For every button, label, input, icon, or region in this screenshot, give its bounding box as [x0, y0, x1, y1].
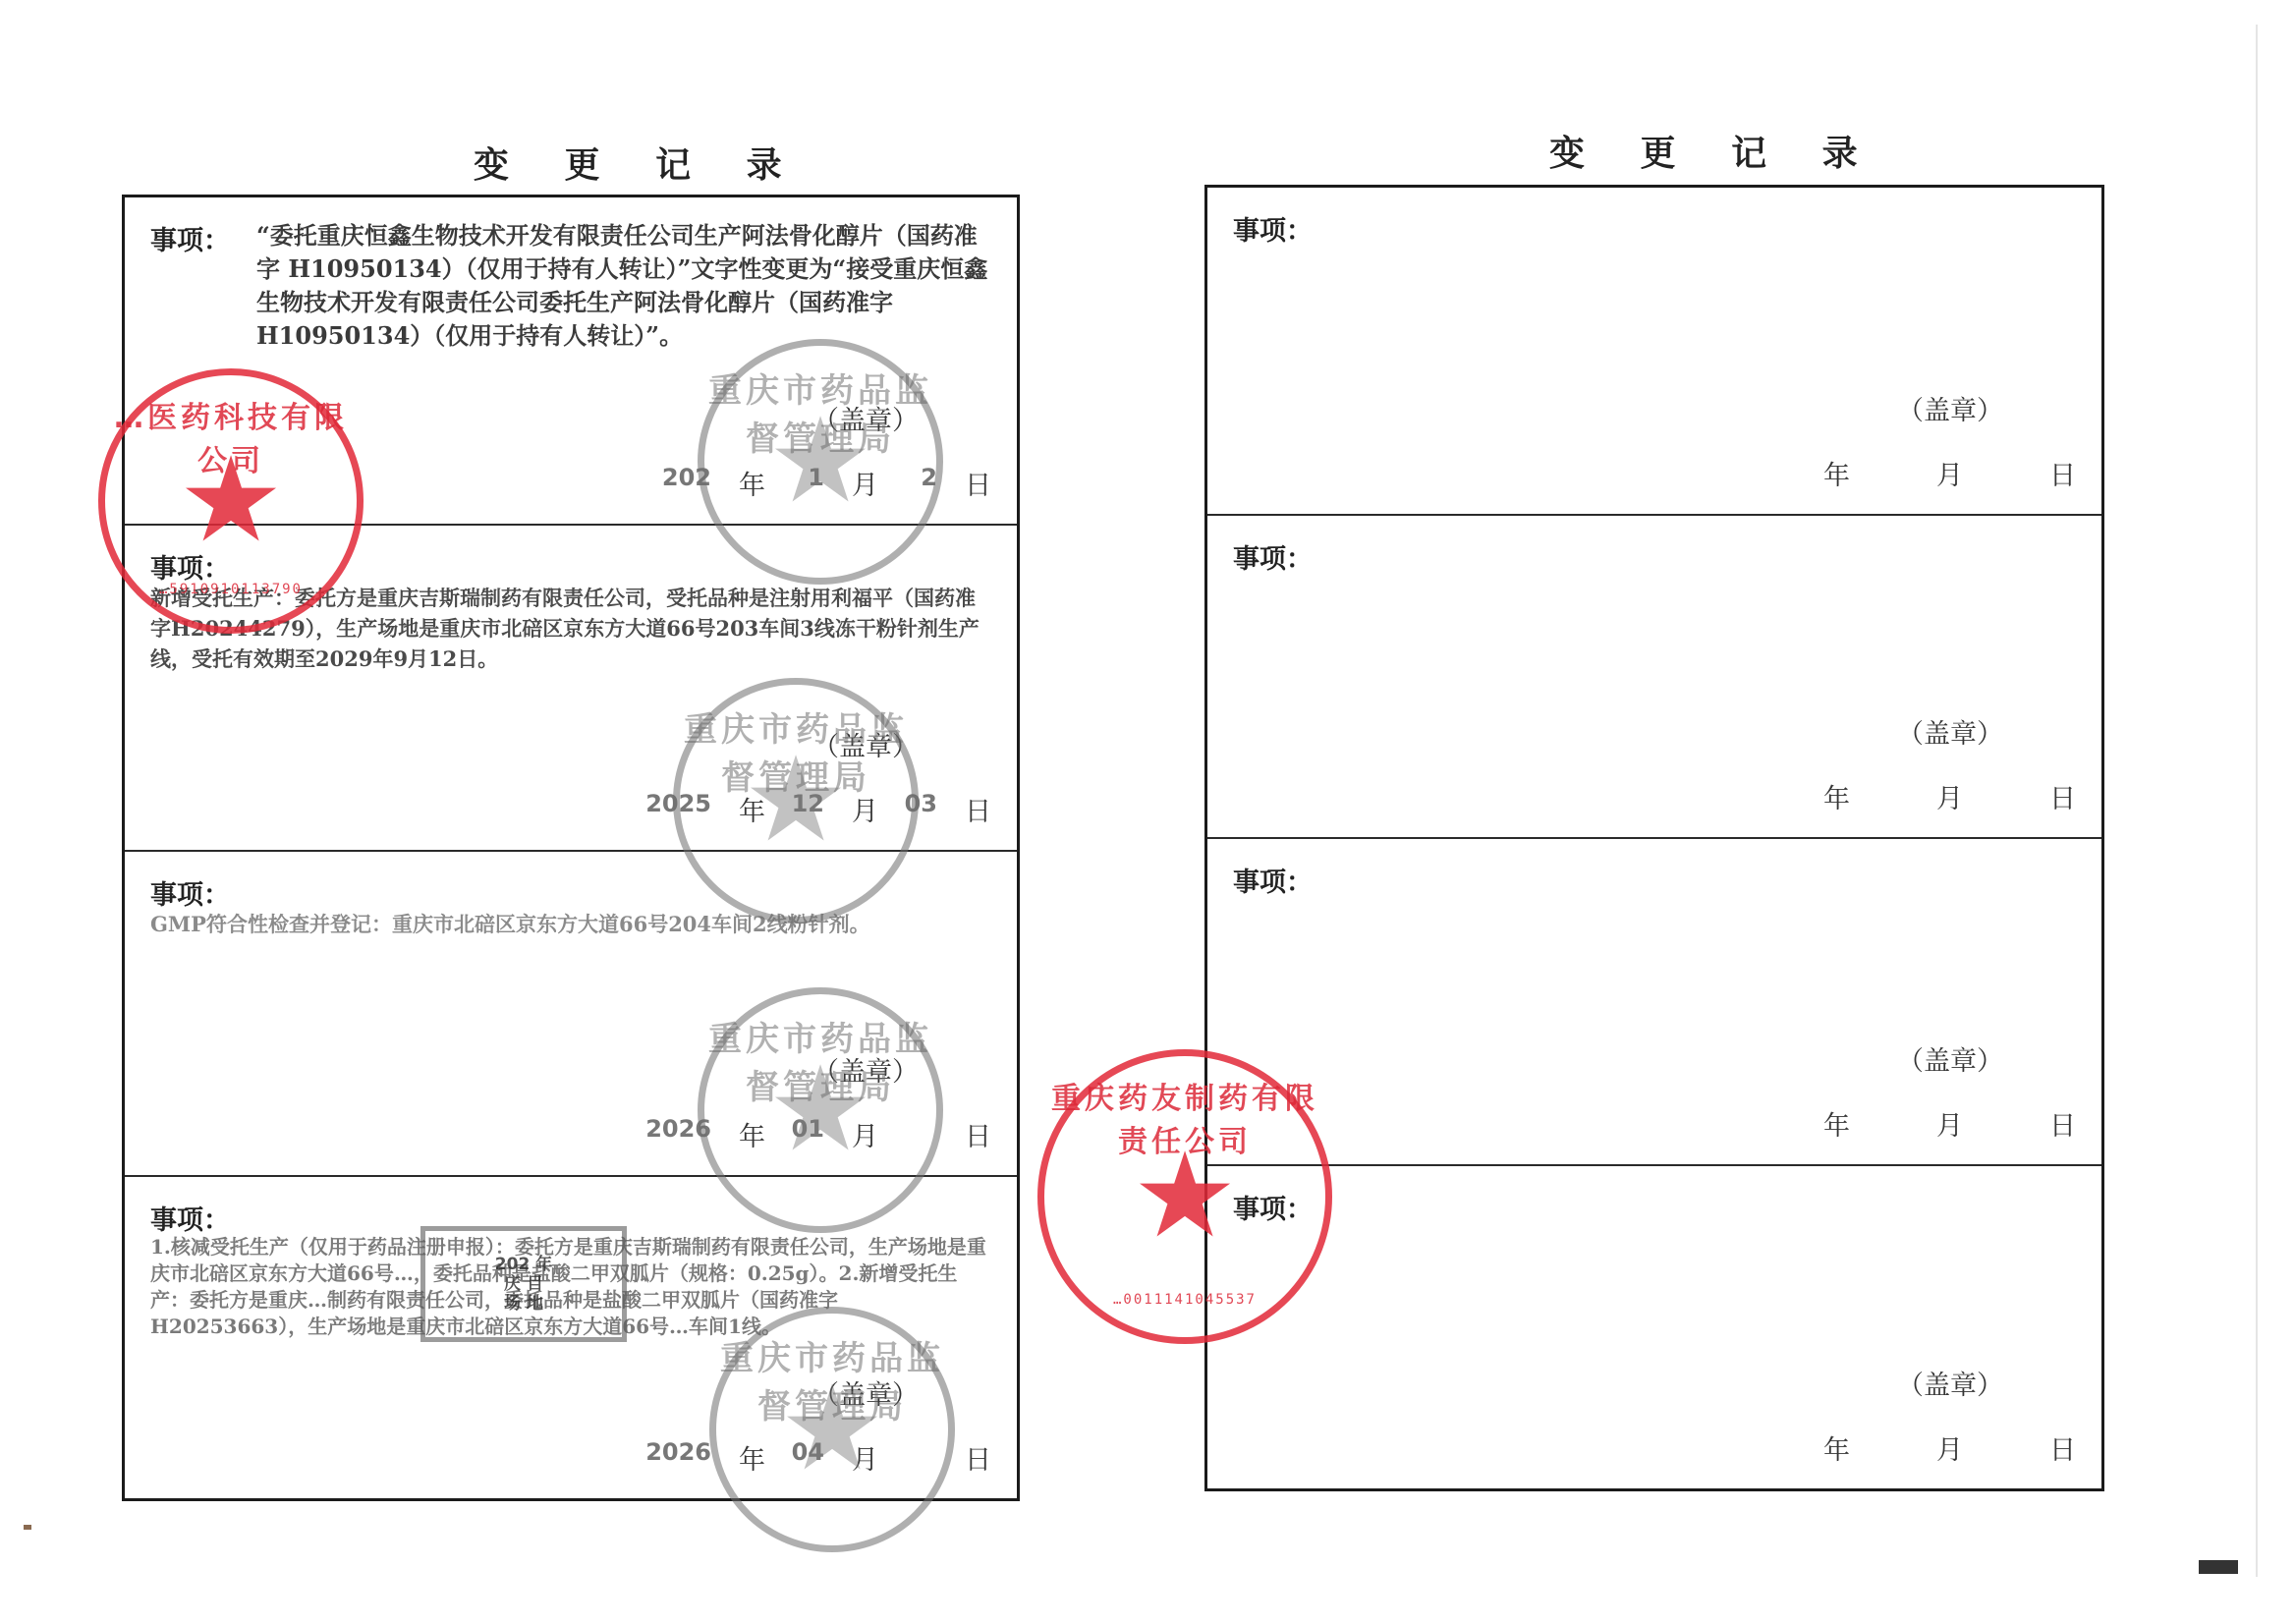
- year-unit: 年: [1796, 1104, 1850, 1143]
- item-label: 事项：: [150, 873, 230, 912]
- change-record: 事项： “委托重庆恒鑫生物技术开发有限责任公司生产阿法骨化醇片（国药准字 H10…: [125, 197, 1017, 526]
- month-unit: 月: [1909, 1428, 1963, 1467]
- rect-stamp-line: 场 地: [495, 1294, 552, 1314]
- month-unit: 月: [824, 790, 878, 828]
- change-record-blank: 事项： （盖章） 年 月 日: [1207, 1166, 2101, 1488]
- seal-label: （盖章）: [812, 399, 919, 437]
- date-day: [878, 1115, 937, 1153]
- month-unit: 月: [1909, 454, 1963, 492]
- day-unit: 日: [2022, 1428, 2076, 1467]
- change-record: 事项： GMP符合性检查并登记：重庆市北碚区京东方大道66号204车间2线粉针剂…: [125, 852, 1017, 1177]
- date-month: 1: [765, 464, 824, 502]
- scan-artifact: [24, 1525, 31, 1530]
- date-line: 2026 年 04 月 日: [645, 1438, 991, 1477]
- day-unit: 日: [2022, 454, 2076, 492]
- date-year: [1737, 1104, 1796, 1143]
- item-label: 事项：: [1233, 537, 1313, 576]
- rect-stamp-line: 202 年: [495, 1255, 552, 1274]
- seal-label: （盖章）: [1897, 389, 2003, 427]
- item-label: 事项：: [150, 547, 230, 586]
- date-line: 2026 年 01 月 日: [645, 1115, 991, 1153]
- date-day: [1963, 454, 2022, 492]
- day-unit: 日: [2022, 1104, 2076, 1143]
- year-unit: 年: [711, 1115, 765, 1153]
- item-label: 事项：: [1233, 861, 1313, 899]
- item-label: 事项：: [150, 1199, 230, 1237]
- date-line: 年 月 日: [1737, 777, 2076, 815]
- seal-label: （盖章）: [812, 1373, 919, 1412]
- scan-artifact: [2199, 1560, 2238, 1574]
- rectangular-stamp: 202 年 庆 目 场 地: [420, 1226, 627, 1342]
- item-text: “委托重庆恒鑫生物技术开发有限责任公司生产阿法骨化醇片（国药准字 H109501…: [256, 219, 995, 353]
- date-month: [1850, 1428, 1909, 1467]
- date-month: 04: [765, 1438, 824, 1477]
- year-unit: 年: [711, 790, 765, 828]
- day-unit: 日: [2022, 777, 2076, 815]
- page-title-right: 变 更 记 录: [1549, 126, 1879, 176]
- item-label: 事项：: [150, 219, 230, 257]
- item-text: GMP符合性检查并登记：重庆市北碚区京东方大道66号204车间2线粉针剂。: [150, 909, 995, 939]
- change-record-blank: 事项： （盖章） 年 月 日: [1207, 839, 2101, 1166]
- date-year: 2026: [645, 1115, 711, 1153]
- date-month: 01: [765, 1115, 824, 1153]
- date-line: 年 月 日: [1737, 1104, 2076, 1143]
- day-unit: 日: [937, 790, 991, 828]
- month-unit: 月: [1909, 1104, 1963, 1143]
- year-unit: 年: [711, 1438, 765, 1477]
- date-year: [1737, 454, 1796, 492]
- year-unit: 年: [711, 464, 765, 502]
- item-label: 事项：: [1233, 209, 1313, 248]
- date-line: 2025 年 12 月 03 日: [645, 790, 991, 828]
- day-unit: 日: [937, 1115, 991, 1153]
- date-day: [1963, 777, 2022, 815]
- change-record-table-right: 事项： （盖章） 年 月 日 事项： （盖章） 年 月 日 事项： （盖章）: [1204, 185, 2104, 1491]
- date-month: [1850, 454, 1909, 492]
- seal-label: （盖章）: [812, 1050, 919, 1089]
- day-unit: 日: [937, 464, 991, 502]
- page-edge-line: [2256, 25, 2258, 1577]
- date-year: [1737, 1428, 1796, 1467]
- rect-stamp-line: 庆 目: [495, 1274, 552, 1294]
- page-title-left: 变 更 记 录: [474, 138, 804, 188]
- date-line: 年 月 日: [1737, 1428, 2076, 1467]
- seal-label: （盖章）: [1897, 712, 2003, 751]
- month-unit: 月: [824, 1115, 878, 1153]
- date-year: 2025: [645, 790, 711, 828]
- date-month: [1850, 1104, 1909, 1143]
- month-unit: 月: [1909, 777, 1963, 815]
- item-text: 新增受托生产：委托方是重庆吉斯瑞制药有限责任公司，受托品种是注射用利福平（国药准…: [150, 583, 995, 674]
- date-line: 年 月 日: [1737, 454, 2076, 492]
- item-label: 事项：: [1233, 1188, 1313, 1226]
- year-unit: 年: [1796, 1428, 1850, 1467]
- date-day: [1963, 1428, 2022, 1467]
- change-record-blank: 事项： （盖章） 年 月 日: [1207, 188, 2101, 516]
- year-unit: 年: [1796, 777, 1850, 815]
- date-line: 202 年 1 月 2 日: [652, 464, 991, 502]
- seal-label: （盖章）: [1897, 1364, 2003, 1402]
- month-unit: 月: [824, 1438, 878, 1477]
- date-month: 12: [765, 790, 824, 828]
- date-day: 2: [878, 464, 937, 502]
- date-day: 03: [878, 790, 937, 828]
- day-unit: 日: [937, 1438, 991, 1477]
- year-unit: 年: [1796, 454, 1850, 492]
- month-unit: 月: [824, 464, 878, 502]
- date-year: [1737, 777, 1796, 815]
- date-day: [1963, 1104, 2022, 1143]
- seal-label: （盖章）: [812, 725, 919, 763]
- seal-label: （盖章）: [1897, 1039, 2003, 1078]
- date-year: 2026: [645, 1438, 711, 1477]
- date-month: [1850, 777, 1909, 815]
- date-year: 202: [652, 464, 711, 502]
- change-record-blank: 事项： （盖章） 年 月 日: [1207, 516, 2101, 839]
- change-record: 事项： 新增受托生产：委托方是重庆吉斯瑞制药有限责任公司，受托品种是注射用利福平…: [125, 526, 1017, 852]
- date-day: [878, 1438, 937, 1477]
